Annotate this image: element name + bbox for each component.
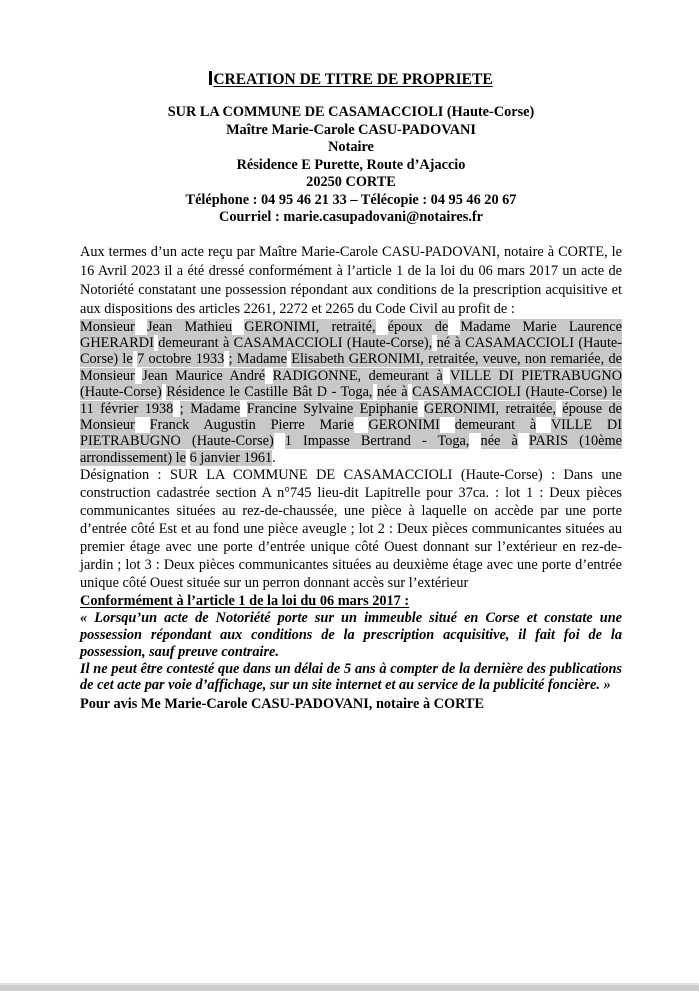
header-line-city: 20250 CORTE [80,174,622,192]
notary-header-block: SUR LA COMMUNE DE CASAMACCIOLI (Haute-Co… [80,104,622,227]
highlighted-text: GERONIMI, retraité, [244,319,375,335]
plain-text [135,319,147,335]
highlighted-text: Franck Augustin Pierre Marie [150,417,354,433]
plain-text [469,433,480,449]
text-cursor [209,71,212,85]
header-line-email: Courriel : marie.casupadovani@notaires.f… [80,209,622,227]
intro-paragraph: Aux termes d’un acte reçu par Maître Mar… [80,243,622,319]
highlighted-text: née à [377,384,408,400]
page-bottom-edge [0,983,699,991]
plain-text [135,417,150,433]
highlighted-text: demeurant à CASAMACCIOLI (Haute-Corse), [158,335,432,351]
highlighted-text: Résidence le Castille Bât D - Toga, [166,384,372,400]
highlighted-text: RADIGONNE, demeurant à [273,368,443,384]
highlighted-text: 6 janvier 1961 [190,450,273,466]
highlighted-text: CASAMACCIOLI (Haute-Corse) le [412,384,622,400]
plain-text [173,401,179,417]
plain-text [224,351,228,367]
plain-text [536,417,551,433]
plain-text [376,319,388,335]
plain-text [440,417,455,433]
highlighted-text: ; Madame [180,401,240,417]
header-line-commune: SUR LA COMMUNE DE CASAMACCIOLI (Haute-Co… [80,104,622,122]
highlighted-text: Francine Sylvaine Epiphanie [247,401,418,417]
highlighted-text: née à [481,433,518,449]
plain-text [518,433,529,449]
highlighted-text: GERONIMI [368,417,439,433]
law-quote-paragraph-2: Il ne peut être contesté que dans un dél… [80,661,622,695]
document-title: CREATION DE TITRE DE PROPRIETE [213,71,492,88]
header-line-notaire: Notaire [80,139,622,157]
highlighted-text: ; Madame [229,351,287,367]
plain-text [354,417,369,433]
document-page[interactable]: CREATION DE TITRE DE PROPRIETE SUR LA CO… [80,70,622,713]
plain-text [443,368,450,384]
document-title-line: CREATION DE TITRE DE PROPRIETE [80,70,622,89]
header-line-notary-name: Maître Marie-Carole CASU-PADOVANI [80,122,622,140]
plain-text [448,319,460,335]
plain-text [265,368,272,384]
plain-text [432,335,436,351]
plain-text [240,401,246,417]
highlighted-text: GERONIMI, retraitée, [424,401,556,417]
highlighted-text: époux de [388,319,449,335]
plain-text [232,319,244,335]
highlighted-text: 1 Impasse Bertrand - Toga, [285,433,470,449]
header-line-address: Résidence E Purette, Route d’Ajaccio [80,157,622,175]
designation-paragraph: Désignation : SUR LA COMMUNE DE CASAMACC… [80,466,622,592]
viewer-background-strip [0,985,699,991]
law-quote-paragraph-1: « Lorsqu’un acte de Notoriété porte sur … [80,610,622,660]
highlighted-text: 11 février 1938 [80,401,173,417]
highlighted-text: Jean Mathieu [147,319,232,335]
law-article-heading: Conformément à l’article 1 de la loi du … [80,592,622,610]
plain-text: . [272,450,276,466]
highlighted-text: Jean Maurice André [142,368,265,384]
header-line-phone-fax: Téléphone : 04 95 46 21 33 – Télécopie :… [80,192,622,210]
signature-line: Pour avis Me Marie-Carole CASU-PADOVANI,… [80,696,622,713]
highlighted-text: Monsieur [80,319,135,335]
highlighted-text: 7 octobre 1933 [137,351,224,367]
plain-text [274,433,285,449]
beneficiaries-paragraph: Monsieur Jean Mathieu GERONIMI, retraité… [80,319,622,467]
highlighted-text: demeurant à [455,417,537,433]
